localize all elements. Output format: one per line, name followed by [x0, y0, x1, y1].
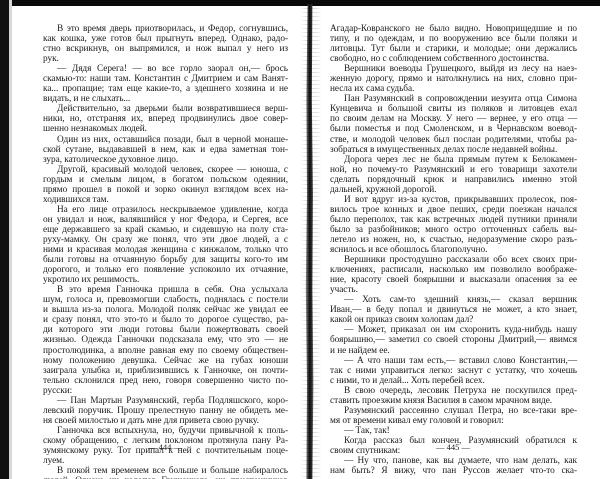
text-line: В это время дверь приотворилась, и Федор… — [43, 24, 288, 34]
text-line: были готовы на отчаянную борьбу для защи… — [43, 255, 288, 265]
text-line: еще державшего за край скамью, и сидевшу… — [43, 225, 288, 235]
text-line: — Пан Мартын Разумянский, герба Подляшск… — [43, 396, 288, 406]
text-line: левский поручик. Прошу прелестную панну … — [43, 406, 288, 416]
text-line: ди которого эти люди готовы были пожертв… — [43, 325, 288, 335]
text-line: с ними, то и делай... Хоть перебей всех. — [330, 376, 577, 386]
text-line: Другой, красивый молодой человек, скорее… — [43, 165, 288, 175]
text-line: Кунцевича и большой свиты из поляков и л… — [330, 104, 577, 114]
text-line: он увидал и нож, валявшийся у ног Федора… — [43, 215, 288, 225]
text-line: женную дорогу, прямо и натолкнулись на н… — [330, 74, 577, 84]
text-line: летело из ножен, но, к счастью, недоразу… — [330, 235, 577, 245]
text-line: сделать порядочный крюк и направились им… — [330, 175, 577, 185]
scan-left-border-shadow — [9, 0, 12, 479]
text-line: так с ними управиться легко: заснут с ус… — [330, 366, 577, 376]
text-line: ние, красоту своей боярышни и высказали … — [330, 275, 577, 285]
text-line: ними и красивая молодая женщина с кинжал… — [43, 245, 288, 255]
text-line: какой он приказ своим холопам дал? — [330, 315, 577, 325]
text-line: — Дядя Серега! — во все горло заорал он,… — [43, 64, 288, 74]
text-line: и не найдем ее. — [330, 346, 577, 356]
text-line: В покой тем временем все больше и больше… — [43, 466, 288, 476]
text-line: и сразу понял, что это-то и было то доро… — [43, 315, 288, 325]
text-line: Агадар-Ковранского не было видно. Новопр… — [330, 24, 577, 34]
text-line: И вот вдруг из-за кустов, прикрывавших п… — [330, 195, 577, 205]
text-line: ка... пропащие; там еще какие-то, а здеш… — [43, 84, 288, 94]
text-line: заиграла улыбка и, приблизившись к Ганно… — [43, 366, 288, 376]
text-line: ской сутане, выдававшей в нем, как и едв… — [43, 145, 288, 155]
text-line: нам быть? Я вижу, что пан Руссов желает … — [330, 466, 577, 476]
text-line: ня своей милостью и дать мне для привета… — [43, 416, 288, 426]
text-line: боярышню,— заметил со своей стороны Дмит… — [330, 335, 577, 345]
text-line: скамью-то: наши там. Константин с Дмитри… — [43, 74, 288, 84]
text-line: яснилось и все обошлось благополучно. — [330, 245, 577, 255]
text-line: луем. — [43, 456, 288, 466]
right-page-number: — 445 — — [436, 442, 470, 452]
text-line: зура, католическое духовное лицо. — [43, 155, 288, 165]
text-line: русски: — [43, 386, 288, 396]
text-line: — Хоть сам-то здешний князь,— сказал вер… — [330, 295, 577, 305]
text-line: простолюдинка, а вполне равная ему по св… — [43, 346, 288, 356]
text-line: стве, и молодой человек был послан родит… — [330, 135, 577, 145]
book-spine-texture — [300, 4, 322, 479]
text-line: — Может, приказал он им схоронить куда-н… — [330, 325, 577, 335]
text-line: как кошка, уже готов был прыгнуть вперед… — [43, 34, 288, 44]
scan-left-border — [0, 0, 9, 479]
text-line: мя от времени кивал ему головой и говори… — [330, 416, 577, 426]
text-line: было за разбойников; много остро отточен… — [330, 225, 577, 235]
text-line: дорогого, и только его появление успокои… — [43, 265, 288, 275]
text-line: Разумянский рассеянно слушал Петра, но в… — [330, 406, 577, 416]
text-line: ходившихся там. — [43, 195, 288, 205]
text-line: зобраться в имущественных делах после не… — [330, 145, 577, 155]
text-line: литовцы. Тут были и старики, и молодые; … — [330, 44, 577, 54]
text-line: видать, и не слыхать... — [43, 94, 288, 104]
text-line: укротило их решимость. — [43, 275, 288, 285]
text-line: Один из них, оставшийся позади, был в че… — [43, 135, 288, 145]
text-line: было переполох, так как встречных людей … — [330, 215, 577, 225]
left-page: В это время дверь приотворилась, и Федор… — [43, 24, 288, 479]
text-line: гордым и смелым лицом, в богатом польско… — [43, 175, 288, 185]
text-line: Вершники простодушно рассказали обо всех… — [330, 255, 577, 265]
text-line: шум, голоса и, превозмогши слабость, под… — [43, 295, 288, 305]
text-line: рук. — [43, 54, 288, 64]
text-line: ному положению девушка. Сейчас же на губ… — [43, 356, 288, 366]
text-line: по своим делам на Москву. У него — верне… — [330, 114, 577, 124]
text-line: свободно, но с соблюдением собственного … — [330, 54, 577, 64]
text-line: В это время Ганночка пришла в себя. Она … — [43, 285, 288, 295]
text-line: ключениях, расписали, насколько им позво… — [330, 265, 577, 275]
text-line: Действительно, за дверьми были возвратив… — [43, 104, 288, 114]
text-line: прямо прошел в покой и зорко окинул взгл… — [43, 185, 288, 195]
text-line: были поместья и под Смоленском, и в Черн… — [330, 124, 577, 134]
text-line: В свою очередь, лесовик Петруха не поску… — [330, 386, 577, 396]
text-line: стно вскрикнув, он выпрямился, и нож вып… — [43, 44, 288, 54]
text-line: тельно склонился пред нею, говоря соверш… — [43, 376, 288, 386]
text-line: и вышла из-за полога. Молодой поляк сейч… — [43, 305, 288, 315]
text-line: ники, но, отстраняя их, вперед продвинул… — [43, 114, 288, 124]
text-line: типу, и по одеждам, и по вооружению все … — [330, 34, 577, 44]
text-line: руху-мамку. Он сразу же понял, что эти д… — [43, 235, 288, 245]
text-line: несла их сама судьба. — [330, 84, 577, 94]
text-line: Иван,— в беду попал и двинуться не может… — [330, 305, 577, 315]
text-line: — Так, так! — [330, 426, 577, 436]
text-line: жизнью. Одежда Ганночки подсказала ему, … — [43, 335, 288, 345]
text-line: Вершники воеводы Грушецкого, выйдя из ле… — [330, 64, 577, 74]
text-line: — А что наши там есть,— вставил слово Ко… — [330, 356, 577, 366]
text-line: Пан Разумянский в сопровождении иезуита … — [330, 94, 577, 104]
text-line: Ганночка вся вспыхнула, но, будучи привы… — [43, 426, 288, 436]
text-line: На его лице отразилось нескрываемое удив… — [43, 205, 288, 215]
text-line: ной, но почему-то Разумянский и его това… — [330, 165, 577, 175]
text-line: шенно незнакомых людей. — [43, 124, 288, 134]
left-page-number: — 444 — — [148, 442, 182, 452]
text-line: Дорога через лес не была прямым путем к … — [330, 155, 577, 165]
right-page: Агадар-Ковранского не было видно. Новопр… — [330, 24, 577, 476]
text-line: ставить проезжим князя Василия в самом м… — [330, 396, 577, 406]
text-line: участь. — [330, 285, 577, 295]
text-line: дальней, кружной дорогой. — [330, 185, 577, 195]
text-line: вилось трое конных и двое пеших, среди п… — [330, 205, 577, 215]
text-line: — Ну что, панове, как вы думаете, что на… — [330, 456, 577, 466]
